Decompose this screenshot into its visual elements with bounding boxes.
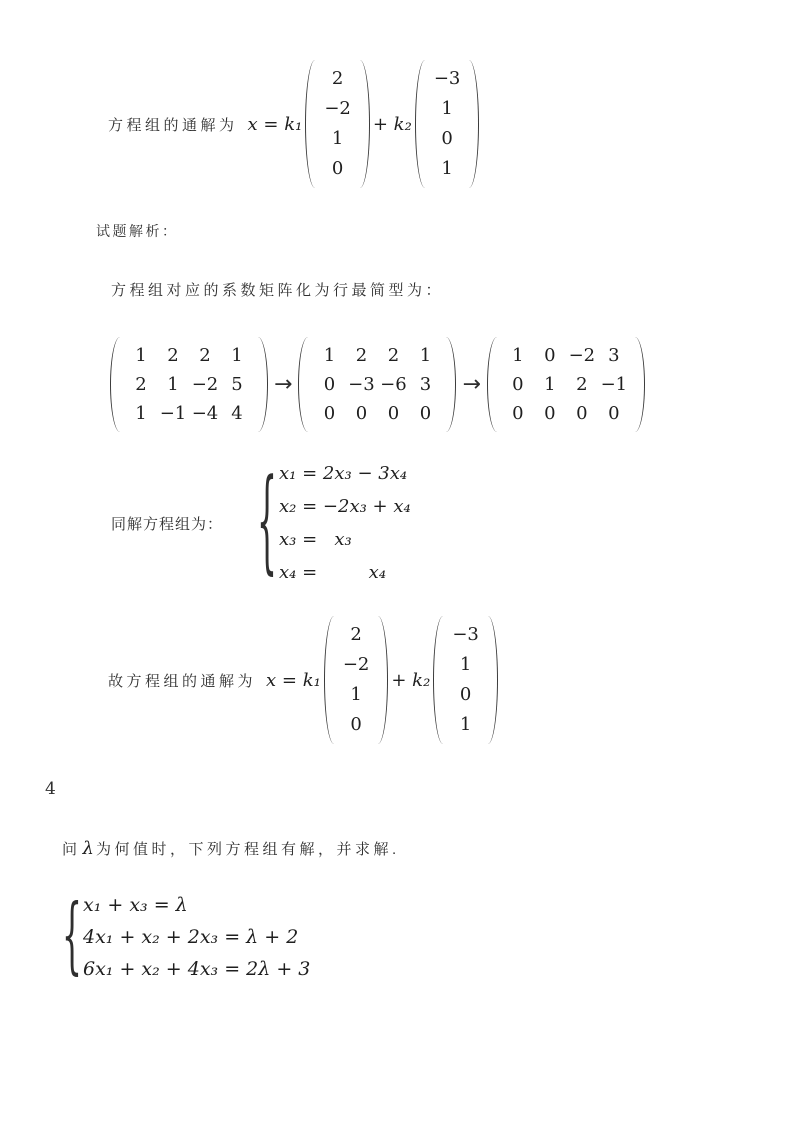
equation-line: x₂ = −2x₃ + x₄	[279, 490, 411, 523]
formula-prefix: x = k₁	[248, 114, 303, 135]
left-paren-icon	[324, 616, 334, 744]
matrix-cell: 2	[345, 341, 377, 370]
question-post: 为何值时，下列方程组有解，并求解.	[96, 838, 400, 859]
matrix-cell: 0	[345, 399, 377, 428]
general-solution-line-final: 故方程组的通解为 x = k₁ 2−210 + k₂ −3101	[108, 612, 501, 748]
matrix-cell: 1	[502, 341, 534, 370]
matrix-reduction-row: 122121−251−1−44 → 12210−3−630000 → 10−23…	[110, 336, 645, 432]
question-line: 问 λ 为何值时，下列方程组有解，并求解.	[62, 838, 400, 859]
matrix-rref: 10−23012−10000	[487, 337, 645, 432]
left-paren-icon	[110, 337, 120, 432]
left-paren-icon	[305, 60, 315, 188]
matrix-cell: 1	[534, 370, 566, 399]
matrix-cell: 0	[313, 370, 345, 399]
vector-k2: −3101	[415, 60, 480, 188]
vector-k2-values: −3101	[425, 60, 470, 188]
vector-entry: 1	[445, 710, 486, 740]
matrix-cell: −1	[157, 399, 189, 428]
vector-entry: 2	[317, 64, 358, 94]
equation-line: x₁ + x₃ = λ	[83, 889, 310, 921]
matrix-cell: −6	[377, 370, 409, 399]
question-equations: x₁ + x₃ = λ4x₁ + x₂ + 2x₃ = λ + 26x₁ + x…	[83, 889, 310, 985]
general-solution-label: 方程组的通解为	[108, 114, 238, 135]
right-paren-icon	[446, 337, 456, 432]
vector-entry: 0	[427, 124, 468, 154]
vector-k2-values: −3101	[443, 616, 488, 744]
matrix-cell: 1	[313, 341, 345, 370]
matrix-cell: 2	[125, 370, 157, 399]
vector-entry: 2	[336, 620, 377, 650]
equivalent-system-line: 同解方程组为： { x₁ = 2x₃ − 3x₄x₂ = −2x₃ + x₄x₃…	[111, 453, 411, 593]
vector-entry: −2	[317, 94, 358, 124]
matrix-cell: 0	[502, 370, 534, 399]
equation-line: x₃ = x₃	[279, 523, 411, 556]
final-solution-label: 故方程组的通解为	[108, 670, 256, 691]
equation-line: 6x₁ + x₂ + 4x₃ = 2λ + 3	[83, 953, 310, 985]
vector-k1-values: 2−210	[334, 616, 379, 744]
vector-k1-values: 2−210	[315, 60, 360, 188]
matrix-cell: 2	[566, 370, 598, 399]
left-paren-icon	[433, 616, 443, 744]
vector-k1: 2−210	[324, 616, 389, 744]
formula-operator: + k₂	[373, 114, 412, 135]
vector-entry: −2	[336, 650, 377, 680]
matrix-grid: 12210−3−630000	[308, 337, 446, 432]
vector-entry: −3	[427, 64, 468, 94]
vector-k2: −3101	[433, 616, 498, 744]
matrix-cell: −2	[566, 341, 598, 370]
formula-prefix: x = k₁	[266, 670, 321, 691]
left-brace-icon: {	[259, 501, 275, 545]
matrix-original: 122121−251−1−44	[110, 337, 268, 432]
section-number: 4	[45, 779, 56, 799]
vector-entry: 1	[427, 94, 468, 124]
vector-k1: 2−210	[305, 60, 370, 188]
left-paren-icon	[415, 60, 425, 188]
vector-entry: 0	[445, 680, 486, 710]
matrix-cell: −3	[345, 370, 377, 399]
left-brace-icon: {	[64, 915, 80, 959]
matrix-cell: −2	[189, 370, 221, 399]
left-paren-icon	[487, 337, 497, 432]
matrix-cell: 1	[125, 399, 157, 428]
matrix-cell: 0	[534, 399, 566, 428]
equation-line: x₁ = 2x₃ − 3x₄	[279, 457, 411, 490]
matrix-cell: 3	[409, 370, 441, 399]
vector-entry: 1	[336, 680, 377, 710]
matrix-grid: 10−23012−10000	[497, 337, 635, 432]
matrix-cell: 0	[566, 399, 598, 428]
reduction-intro: 方程组对应的系数矩阵化为行最简型为：	[111, 279, 444, 300]
analysis-heading: 试题解析：	[96, 221, 179, 241]
matrix-cell: 0	[409, 399, 441, 428]
equation-line: 4x₁ + x₂ + 2x₃ = λ + 2	[83, 921, 310, 953]
section-number-text: 4	[45, 779, 56, 799]
lambda-symbol: λ	[83, 838, 94, 859]
matrix-cell: 1	[125, 341, 157, 370]
matrix-cell: 1	[221, 341, 253, 370]
vector-entry: −3	[445, 620, 486, 650]
matrix-cell: 0	[313, 399, 345, 428]
arrow-right-icon: →	[274, 372, 292, 397]
matrix-cell: 0	[377, 399, 409, 428]
matrix-cell: 3	[598, 341, 630, 370]
vector-entry: 1	[445, 650, 486, 680]
equivalent-system-equations: x₁ = 2x₃ − 3x₄x₂ = −2x₃ + x₄x₃ = x₃x₄ = …	[279, 457, 411, 589]
vector-entry: 0	[317, 154, 358, 184]
matrix-cell: 2	[157, 341, 189, 370]
reduction-intro-text: 方程组对应的系数矩阵化为行最简型为：	[111, 282, 444, 299]
right-paren-icon	[378, 616, 388, 744]
matrix-cell: 1	[157, 370, 189, 399]
general-solution-line-top: 方程组的通解为 x = k₁ 2−210 + k₂ −3101	[108, 57, 482, 191]
equation-line: x₄ = x₄	[279, 556, 411, 589]
matrix-cell: 1	[409, 341, 441, 370]
matrix-cell: −1	[598, 370, 630, 399]
matrix-grid: 122121−251−1−44	[120, 337, 258, 432]
matrix-cell: 5	[221, 370, 253, 399]
right-paren-icon	[258, 337, 268, 432]
question-pre: 问	[62, 838, 81, 859]
vector-entry: 0	[336, 710, 377, 740]
matrix-cell: 0	[534, 341, 566, 370]
vector-entry: 1	[427, 154, 468, 184]
formula-operator: + k₂	[391, 670, 430, 691]
matrix-cell: 0	[598, 399, 630, 428]
right-paren-icon	[635, 337, 645, 432]
right-paren-icon	[360, 60, 370, 188]
document-page: 方程组的通解为 x = k₁ 2−210 + k₂ −3101 试题解析： 方程…	[0, 0, 793, 1122]
matrix-cell: 2	[377, 341, 409, 370]
question-system: { x₁ + x₃ = λ4x₁ + x₂ + 2x₃ = λ + 26x₁ +…	[64, 886, 310, 988]
matrix-intermediate: 12210−3−630000	[298, 337, 456, 432]
matrix-cell: 0	[502, 399, 534, 428]
matrix-cell: 4	[221, 399, 253, 428]
matrix-cell: 2	[189, 341, 221, 370]
matrix-cell: −4	[189, 399, 221, 428]
right-paren-icon	[488, 616, 498, 744]
equivalent-system-label: 同解方程组为：	[111, 513, 223, 534]
right-paren-icon	[469, 60, 479, 188]
vector-entry: 1	[317, 124, 358, 154]
left-paren-icon	[298, 337, 308, 432]
analysis-heading-text: 试题解析：	[96, 223, 179, 239]
arrow-right-icon: →	[462, 372, 480, 397]
